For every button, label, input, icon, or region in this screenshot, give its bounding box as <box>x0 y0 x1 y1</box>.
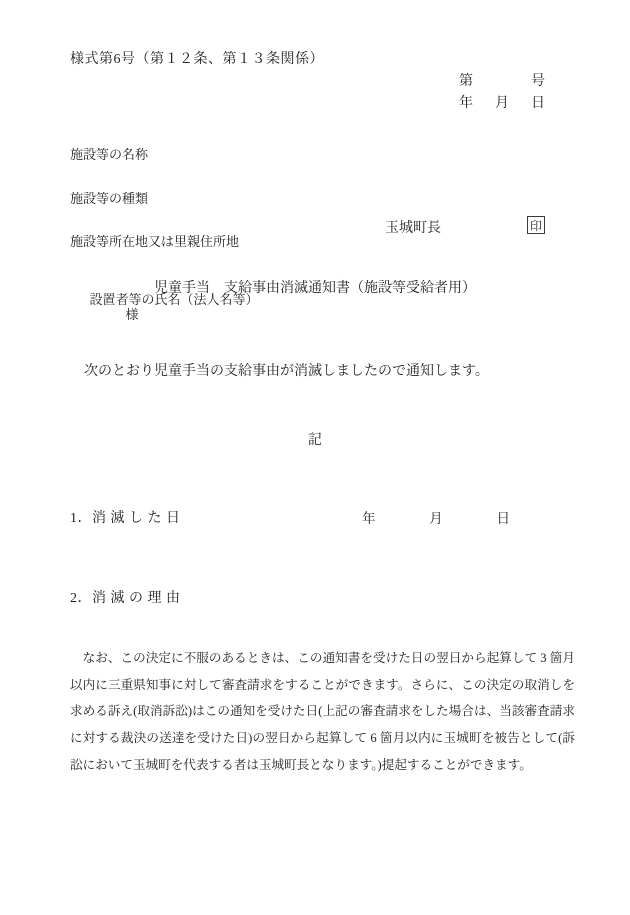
issuer-name: 玉城町長 <box>385 217 441 237</box>
notification-body: 次のとおり児童手当の支給事由が消滅しましたので通知します。 <box>70 360 489 380</box>
date-year-label: 年 <box>459 92 473 112</box>
item1-day-label: 日 <box>497 507 511 527</box>
seal-box: 印 <box>527 216 545 234</box>
document-title: 児童手当 支給事由消滅通知書（施設等受給者用） <box>0 277 630 297</box>
recipient-facility-address: 施設等所在地又は里親住所地 <box>70 235 259 250</box>
document-page: 様式第6号（第１２条、第１３条関係） 第 号 年 月 日 施設等の名称 施設等の… <box>0 0 630 915</box>
item2-extinction-reason-label: 2．消 滅 の 理 由 <box>70 587 181 607</box>
appeal-instructions-note: なお、この決定に不服のあるときは、この通知書を受けた日の翌日から起算して 3 箇… <box>70 645 575 779</box>
item1-date-fields: 年 月 日 <box>362 507 510 527</box>
doc-number-suffix: 号 <box>531 70 545 90</box>
section-marker-ki: 記 <box>0 429 630 449</box>
doc-number-line: 第 号 <box>459 70 545 90</box>
recipient-honorific: 様 <box>126 307 139 322</box>
form-number: 様式第6号（第１２条、第１３条関係） <box>70 48 324 68</box>
item1-extinction-date-label: 1．消 滅 し た 日 <box>70 507 181 527</box>
recipient-facility-name: 施設等の名称 <box>70 148 259 163</box>
doc-number-prefix: 第 <box>459 70 473 90</box>
item1-year-label: 年 <box>362 507 376 527</box>
seal-icon: 印 <box>530 217 542 234</box>
date-month-label: 月 <box>495 92 509 112</box>
recipient-facility-type: 施設等の種類 <box>70 192 259 207</box>
item1-month-label: 月 <box>429 507 443 527</box>
date-day-label: 日 <box>531 92 545 112</box>
recipient-block: 施設等の名称 施設等の種類 施設等所在地又は里親住所地 設置者等の氏名（法人名等… <box>70 119 259 366</box>
date-line: 年 月 日 <box>459 92 545 112</box>
